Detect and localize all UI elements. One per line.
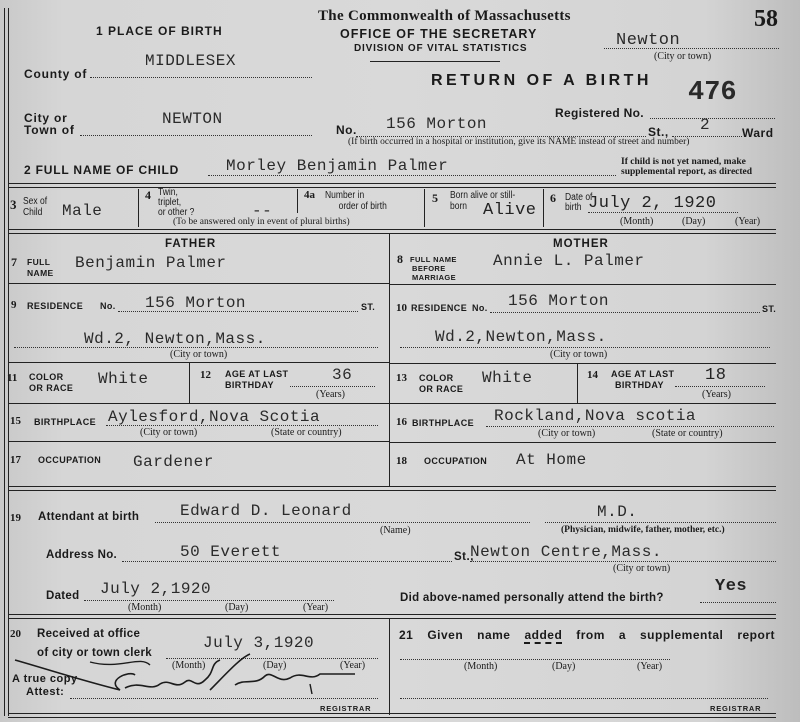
divider [577,364,578,404]
dob-day-caption: (Day) [682,216,705,227]
father-birthplace-line [106,425,378,426]
mother-name-label-line3: MARRIAGE [410,273,457,282]
division-title: DIVISION OF VITAL STATISTICS [354,43,527,54]
order-label-line2: order of birth [325,201,387,212]
child-name-note: If child is not yet named, make suppleme… [621,157,752,177]
father-occupation-value: Gardener [133,453,214,471]
attendant-title-line [545,522,776,523]
mother-color-value: White [482,369,533,387]
city-label: City or Town of [24,112,75,136]
father-birthplace-label: BIRTHPLACE [34,417,96,428]
attendant-title-value: M.D. [597,503,637,521]
registrar-signature-icon [10,650,370,700]
father-residence-city: Wd.2, Newton,Mass. [84,330,266,348]
supplemental-word: Given [427,628,463,644]
mother-age-num: 14 [587,369,598,381]
father-years-caption: (Years) [316,389,345,400]
mother-residence-street: 156 Morton [508,292,609,310]
supplemental-date-line [400,659,670,660]
mother-residence-line [490,312,760,313]
sex-label-line2: Child [23,207,47,218]
mother-heading: MOTHER [553,238,609,250]
registered-number-label: Registered No. [555,106,644,120]
county-label: County of [24,67,87,81]
attendant-title-caption: (Physician, midwife, father, mother, etc… [561,525,725,535]
father-name-value: Benjamin Palmer [75,254,227,272]
mother-age-value: 18 [705,366,726,385]
parents-divider [389,234,390,486]
mother-age-label-line1: AGE AT LAST [611,369,674,380]
dob-year-caption: (Year) [735,216,760,227]
registered-number-line [650,118,775,119]
father-age-label-line1: AGE AT LAST [225,369,288,380]
attendant-city-caption: (City or town) [613,563,670,574]
city-line [80,135,312,136]
attend-answer-line [700,602,776,603]
mother-color-num: 13 [396,372,407,384]
rule [8,362,389,363]
sex-num: 3 [10,197,17,213]
supplemental-month-caption: (Month) [464,661,497,672]
form-title: RETURN OF A BIRTH [431,72,652,90]
mother-residence-st-label: ST. [762,304,776,315]
attendant-dated-value: July 2,1920 [100,580,211,598]
father-residence-num: 9 [11,299,17,311]
mother-name-num: 8 [397,252,403,267]
supplemental-word: a [619,628,626,644]
attendant-address-label: Address No. [46,549,117,561]
mother-name-label: FULL NAME BEFORE MARRIAGE [410,255,457,282]
child-name-line [208,175,616,176]
rule-after-child [8,229,776,234]
ward-label: Ward [742,126,774,140]
supplemental-registrar-line [400,698,768,699]
supplemental-word: report [737,628,775,644]
rule-after-name [8,183,776,188]
father-color-value: White [98,370,149,388]
received-num: 20 [10,628,21,640]
mother-age-label-line2: BIRTHDAY [611,380,674,391]
mother-birthplace-value: Rockland,Nova scotia [494,407,696,425]
order-num: 4a [304,189,315,201]
father-birthplace-value: Aylesford,Nova Scotia [108,408,320,426]
birth-certificate-page: 1 PLACE OF BIRTH The Commonwealth of Mas… [0,0,800,722]
mother-occupation-label: OCCUPATION [424,456,487,467]
father-residence-no-label: No. [100,301,116,312]
received-label-line1: Received at office [37,628,140,640]
mother-name-label-line1: FULL NAME [410,255,457,264]
twin-num: 4 [145,188,151,203]
mother-age-label: AGE AT LAST BIRTHDAY [611,369,674,391]
divider [189,363,190,403]
father-color-label-line2: OR RACE [29,383,73,394]
sex-label: Sex of Child [23,196,47,218]
rule [389,284,776,285]
attendant-name-line [155,522,530,523]
father-city-caption: (City or town) [170,349,227,360]
father-residence-line [118,311,358,312]
rule-after-attendant [8,614,776,619]
order-label-line1: Number in [325,190,387,201]
city-value: NEWTON [162,110,223,128]
ornament-rule [370,61,500,62]
born-num: 5 [432,191,438,206]
child-name-note-line2: supplemental report, as directed [621,167,752,177]
father-name-num: 7 [11,255,17,270]
mother-years-caption: (Years) [702,389,731,400]
mother-city-caption: (City or town) [550,349,607,360]
father-age-label: AGE AT LAST BIRTHDAY [225,369,288,391]
city-label-line2: Town of [24,124,75,136]
child-name-label: 2 FULL NAME OF CHILD [24,163,179,177]
attendant-name-caption: (Name) [380,525,411,536]
attend-question: Did above-named personally attend the bi… [400,592,664,604]
ward-value: 2 [700,116,710,134]
father-birthplace-num: 15 [10,415,21,427]
attendant-num: 19 [10,512,21,524]
rule [389,403,776,404]
registered-number-value: 476 [688,78,737,108]
bottom-divider [389,619,390,715]
supplemental-word: name [477,628,510,644]
father-age-line [290,386,375,387]
father-color-label: COLOR OR RACE [29,372,73,394]
mother-color-label: COLOR OR RACE [419,373,463,395]
dob-num: 6 [550,191,556,206]
attendant-label: Attendant at birth [38,511,139,523]
born-value: Alive [483,201,537,220]
dob-value: July 2, 1920 [588,194,716,213]
mother-birthplace-line [486,426,774,427]
header-city-caption: (City or town) [654,51,711,62]
mother-name-value: Annie L. Palmer [493,252,645,270]
born-label-line1: Born alive or still- [450,190,515,201]
sex-label-line1: Sex of [23,196,47,207]
divider [424,189,425,227]
attendant-dated-line [84,600,334,601]
twin-label: Twin, triplet, or other ? [158,188,194,218]
mother-name-label-line2: BEFORE [410,264,457,273]
bottom-rule [8,713,776,718]
attendant-address-city: Newton Centre,Mass. [470,543,662,561]
father-residence-label: RESIDENCE [27,301,83,312]
father-residence-street: 156 Morton [145,294,246,312]
father-occupation-label: OCCUPATION [38,455,101,466]
divider [297,189,298,213]
child-name-note-line1: If child is not yet named, make [621,157,752,167]
father-name-label: FULL NAME [27,257,54,279]
attendant-dated-label: Dated [46,590,79,602]
mother-city-line [400,347,770,348]
father-name-label-line1: FULL [27,257,54,268]
county-value: MIDDLESEX [145,52,236,70]
supplemental-year-caption: (Year) [637,661,662,672]
county-line [90,77,312,78]
mother-residence-no-label: No. [472,303,488,314]
mother-birthplace-num: 16 [396,416,407,428]
mother-color-label-line1: COLOR [419,373,463,384]
attendant-day-caption: (Day) [225,602,248,613]
place-of-birth-heading: 1 PLACE OF BIRTH [96,24,223,38]
child-name-value: Morley Benjamin Palmer [226,157,448,175]
state-title: The Commonwealth of Massachusetts [318,8,571,25]
mother-occupation-value: At Home [516,451,587,469]
mother-age-line [675,386,765,387]
supplemental-word: supplemental [640,628,723,644]
divider [138,189,139,227]
father-birthplace-state-caption: (State or country) [271,427,342,438]
father-age-label-line2: BIRTHDAY [225,380,288,391]
father-occupation-num: 17 [10,454,21,466]
supplemental-num: 21 [399,628,413,644]
father-color-num: 11 [7,372,17,384]
attendant-city-line [470,561,776,562]
father-heading: FATHER [165,238,216,250]
office-title: OFFICE OF THE SECRETARY [340,27,537,41]
father-color-label-line1: COLOR [29,372,73,383]
attendant-month-caption: (Month) [128,602,161,613]
rule [389,363,776,364]
mother-residence-city: Wd.2,Newton,Mass. [435,328,607,346]
rule [389,442,776,443]
hospital-note: (If birth occurred in a hospital or inst… [348,137,689,147]
mother-birthplace-city-caption: (City or town) [538,428,595,439]
attendant-name-value: Edward D. Leonard [180,502,352,520]
rule [8,403,389,404]
supplemental-added-word: added [524,628,562,644]
page-number: 58 [754,6,778,33]
order-label: Number in order of birth [325,190,387,212]
rule [8,283,389,284]
supplemental-label: 21 Given name added from a supplemental … [399,628,775,644]
father-age-num: 12 [200,369,211,381]
plural-note: (To be answered only in event of plural … [173,217,350,227]
header-city-line [604,48,779,49]
mother-birthplace-label: BIRTHPLACE [412,418,474,429]
mother-residence-num: 10 [396,302,407,314]
attendant-address-line [122,561,452,562]
father-name-label-line2: NAME [27,268,54,279]
father-age-value: 36 [332,366,352,384]
attendant-address-street: 50 Everett [180,543,281,561]
mother-birthplace-state-caption: (State or country) [652,428,723,439]
rule [8,441,389,442]
dob-month-caption: (Month) [620,216,653,227]
street-no-label: No. [336,123,357,137]
father-birthplace-city-caption: (City or town) [140,427,197,438]
father-city-line [14,347,378,348]
street-value: 156 Morton [386,115,487,133]
dob-line [588,212,738,213]
mother-color-label-line2: OR RACE [419,384,463,395]
left-border [4,8,5,716]
supplemental-day-caption: (Day) [552,661,575,672]
rule-after-parents [8,486,776,491]
attendant-year-caption: (Year) [303,602,328,613]
attend-answer: Yes [715,577,747,596]
mother-occupation-num: 18 [396,455,407,467]
sex-value: Male [62,202,102,220]
mother-residence-label: RESIDENCE [411,303,467,314]
supplemental-word: from [576,628,605,644]
divider [543,189,544,227]
father-residence-st-label: ST. [361,302,375,313]
